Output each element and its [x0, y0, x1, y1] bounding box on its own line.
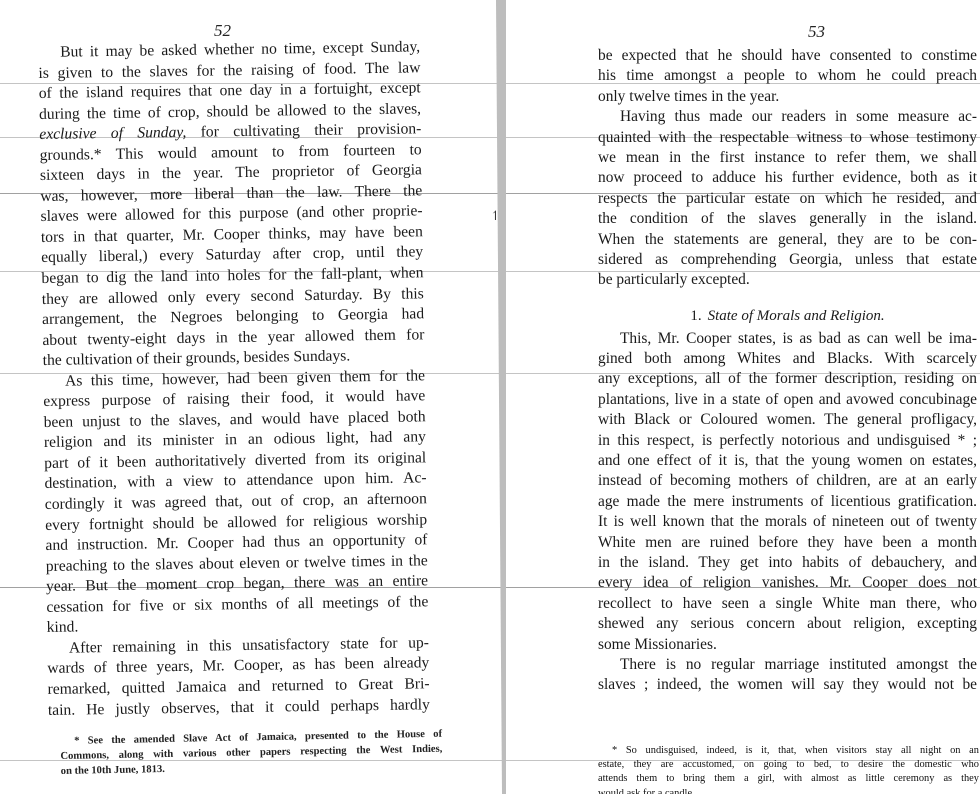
section-title: State of Morals and Religion. — [708, 308, 885, 324]
text-line: It is well known that the morals of nine… — [598, 512, 977, 532]
text-fragment: for cultivating their provision- — [186, 121, 421, 141]
text-line: the condition of the slaves generally in… — [598, 209, 977, 229]
text-line: plantations, live in a state of open and… — [598, 390, 977, 410]
text-line: and one effect of it is, that the young … — [598, 451, 977, 471]
text-line: There is no regular marriage instituted … — [598, 655, 977, 675]
left-page-body: But it may be asked whether no time, exc… — [38, 37, 430, 721]
section-heading: 1.State of Morals and Religion. — [598, 305, 977, 329]
footnote-line: * So undisguised, indeed, is it, that, w… — [598, 744, 979, 758]
text-line: slaves ; indeed, the women will say they… — [598, 675, 977, 695]
left-page: 52 But it may be asked whether no time, … — [0, 0, 490, 794]
text-line: with Black or Coloured women. The genera… — [598, 410, 977, 430]
page-number: 53 — [808, 22, 825, 42]
stray-mark: ↿ — [490, 208, 501, 224]
italic-phrase: exclusive of Sunday, — [39, 124, 186, 143]
text-line: in the island. They get into habits of d… — [598, 553, 977, 573]
text-line: be expected that he should have consente… — [598, 46, 977, 66]
book-gutter — [496, 0, 506, 794]
text-line: respects the particular estate on which … — [598, 189, 977, 209]
text-line: be particularly excepted. — [598, 270, 977, 290]
footnote-line: would ask for a candle. — [598, 787, 979, 794]
text-line: we mean in the first instance to refer t… — [598, 148, 977, 168]
text-line: quainted with the respectable witness to… — [598, 128, 977, 148]
right-page-body: be expected that he should have consente… — [598, 46, 977, 696]
footnote-line: estate, they are accustomed, on going to… — [598, 758, 979, 772]
left-page-footnote: * See the amended Slave Act of Jamaica, … — [60, 727, 443, 780]
text-line: White men are ruined before they have be… — [598, 533, 977, 553]
text-line: now proceed to adduce his further eviden… — [598, 168, 977, 188]
text-line: gined both among Whites and Blacks. With… — [598, 349, 977, 369]
right-page-footnote: * So undisguised, indeed, is it, that, w… — [598, 744, 979, 794]
text-line: sidered as comprehending Georgia, unless… — [598, 250, 977, 270]
book-spread: ↿ 52 But it may be asked whether no time… — [0, 0, 980, 794]
text-line: recollect to have seen a single White ma… — [598, 594, 977, 614]
section-number: 1. — [690, 308, 701, 324]
text-line: any exceptions, all of the former descri… — [598, 369, 977, 389]
text-line: in this respect, is perfectly notorious … — [598, 431, 977, 451]
text-line: age made the mere instruments of licenti… — [598, 492, 977, 512]
text-line: some Missionaries. — [598, 635, 977, 655]
text-line: his time amongst a people to whom he cou… — [598, 66, 977, 86]
page-number: 52 — [214, 21, 231, 41]
text-line: This, Mr. Cooper states, is as bad as ca… — [598, 329, 977, 349]
right-page: 53 be expected that he should have conse… — [510, 0, 980, 794]
footnote-line: attends them to bring them a girl, with … — [598, 772, 979, 786]
text-line: shewed any serious concern about religio… — [598, 614, 977, 634]
text-line: every idea of religion vanishes. Mr. Coo… — [598, 573, 977, 593]
text-line: only twelve times in the year. — [598, 87, 977, 107]
text-line: instead of becoming mothers of children,… — [598, 471, 977, 491]
text-line: When the statements are general, they ar… — [598, 230, 977, 250]
text-line: Having thus made our readers in some mea… — [598, 107, 977, 127]
